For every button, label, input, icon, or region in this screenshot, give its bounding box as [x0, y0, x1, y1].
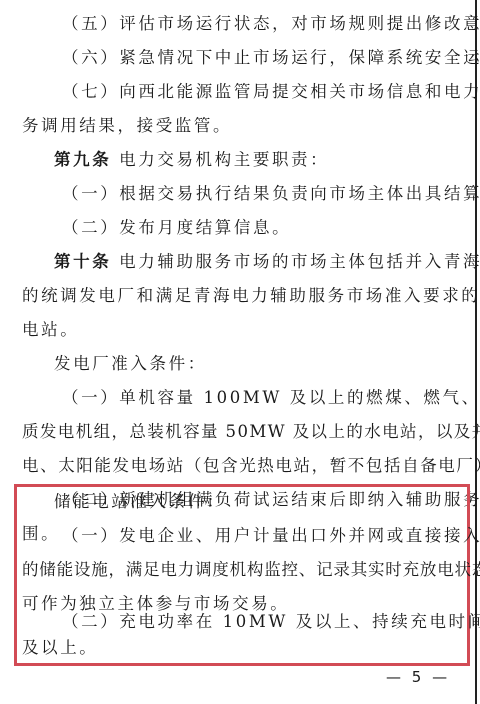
text-line: 的统调发电厂和满足青海电力辅助服务市场准入要求的储能 [22, 286, 480, 306]
text-line: 务调用结果，接受监管。 [22, 116, 232, 136]
text-line: （二）充电功率在 10MW 及以上、持续充电时间在 2 小时 [62, 612, 480, 632]
text-line: （二）发布月度结算信息。 [62, 218, 291, 238]
text-line: （一）单机容量 100MW 及以上的燃煤、燃气、垃圾、生物 [62, 388, 480, 408]
page-number: — 5 — [386, 668, 450, 686]
text-line: （一）发电企业、用户计量出口外并网或直接接入电网侧 [62, 526, 480, 546]
article-9-heading: 第九条 电力交易机构主要职责： [54, 150, 329, 170]
page-edge-divider [475, 0, 477, 704]
article-label: 第十条 [54, 252, 111, 271]
text-line: 电、太阳能发电场站（包含光热电站，暂不包括自备电厂）。 [22, 456, 480, 476]
text-line: 电站。 [22, 320, 79, 340]
article-10-heading: 第十条 电力辅助服务市场的市场主体包括并入青海电网 [54, 252, 480, 272]
text-line: （六）紧急情况下中止市场运行，保障系统安全运行； [62, 48, 480, 68]
text-line: （五）评估市场运行状态，对市场规则提出修改意见； [62, 14, 480, 34]
text-line: （七）向西北能源监管局提交相关市场信息和电力辅助服 [62, 82, 480, 102]
article-label: 第九条 [54, 150, 111, 169]
text-line: 及以上。 [22, 638, 98, 658]
article-text: 电力交易机构主要职责： [111, 150, 329, 169]
text-line: 质发电机组，总装机容量 50MW 及以上的水电站，以及并网风 [22, 422, 480, 442]
text-line: 可作为独立主体参与市场交易。 [22, 594, 289, 614]
text-line: 储能电站准入条件： [54, 492, 226, 512]
article-text: 电力辅助服务市场的市场主体包括并入青海电网 [111, 252, 480, 271]
text-line: 发电厂准入条件： [54, 354, 207, 374]
text-line: （一）根据交易执行结果负责向市场主体出具结算凭据； [62, 184, 480, 204]
text-line: 的储能设施，满足电力调度机构监控、记录其实时充放电状态， [22, 560, 480, 580]
document-page: （五）评估市场运行状态，对市场规则提出修改意见； （六）紧急情况下中止市场运行，… [0, 0, 480, 704]
